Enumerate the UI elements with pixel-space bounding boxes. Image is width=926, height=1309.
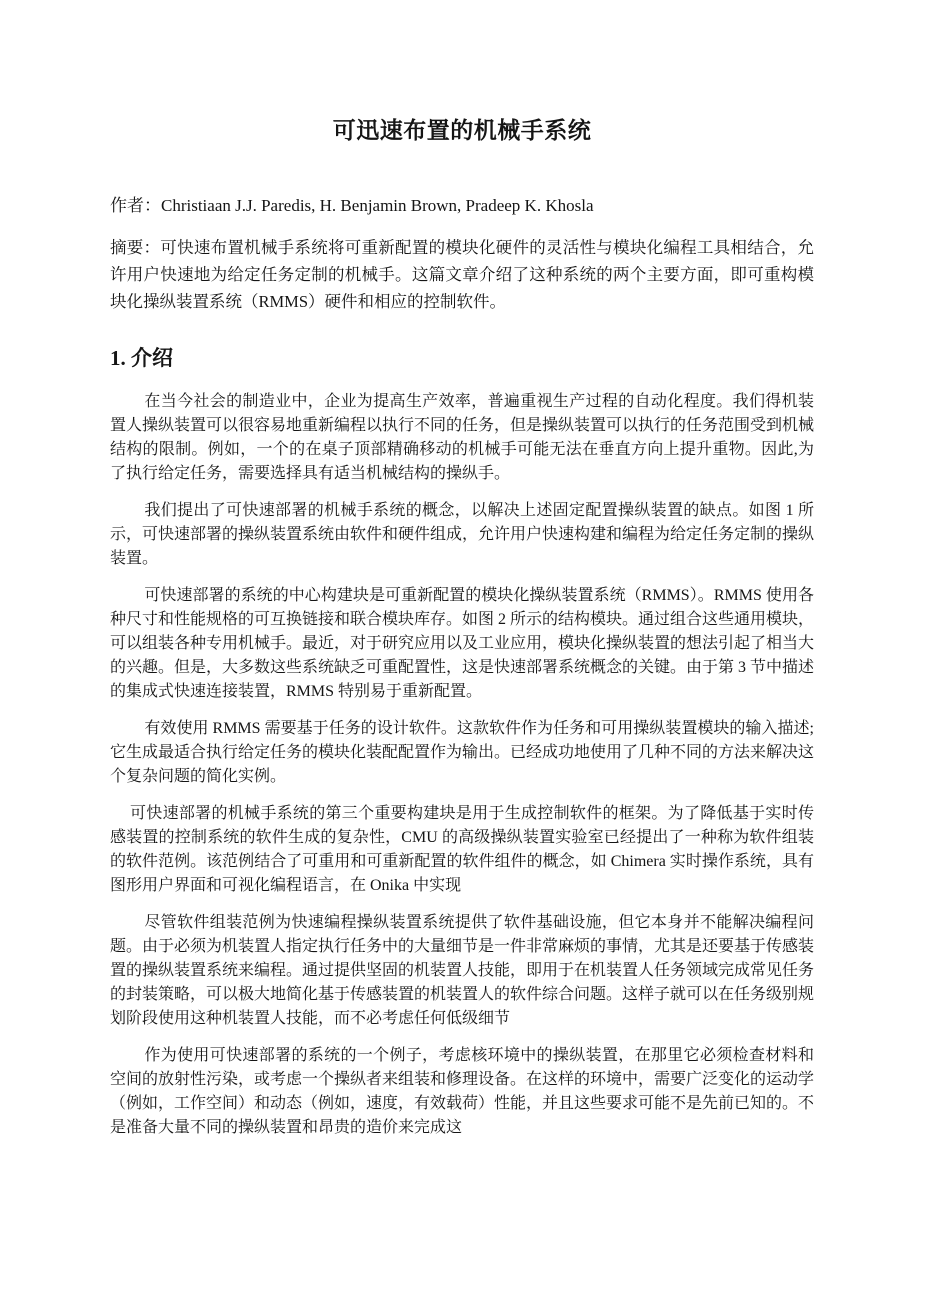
section-1-heading: 1. 介绍 [110,344,814,372]
paragraph: 在当今社会的制造业中，企业为提高生产效率，普遍重视生产过程的自动化程度。我们得机… [110,390,814,486]
paragraph: 可快速部署的机械手系统的第三个重要构建块是用于生成控制软件的框架。为了降低基于实… [110,802,814,898]
document-page: 可迅速布置的机械手系统 作者：Christiaan J.J. Paredis, … [0,0,926,1309]
paragraph: 尽管软件组装范例为快速编程操纵装置系统提供了软件基础设施，但它本身并不能解决编程… [110,911,814,1031]
paragraph: 作为使用可快速部署的系统的一个例子，考虑核环境中的操纵装置，在那里它必须检查材料… [110,1044,814,1140]
paragraph: 可快速部署的系统的中心构建块是可重新配置的模块化操纵装置系统（RMMS）。RMM… [110,584,814,704]
paragraph: 有效使用 RMMS 需要基于任务的设计软件。这款软件作为任务和可用操纵装置模块的… [110,717,814,789]
document-title: 可迅速布置的机械手系统 [110,116,814,146]
abstract-paragraph: 摘要：可快速布置机械手系统将可重新配置的模块化硬件的灵活性与模块化编程工具相结合… [110,234,814,315]
author-line: 作者：Christiaan J.J. Paredis, H. Benjamin … [110,194,814,218]
paragraph: 我们提出了可快速部署的机械手系统的概念，以解决上述固定配置操纵装置的缺点。如图 … [110,499,814,571]
